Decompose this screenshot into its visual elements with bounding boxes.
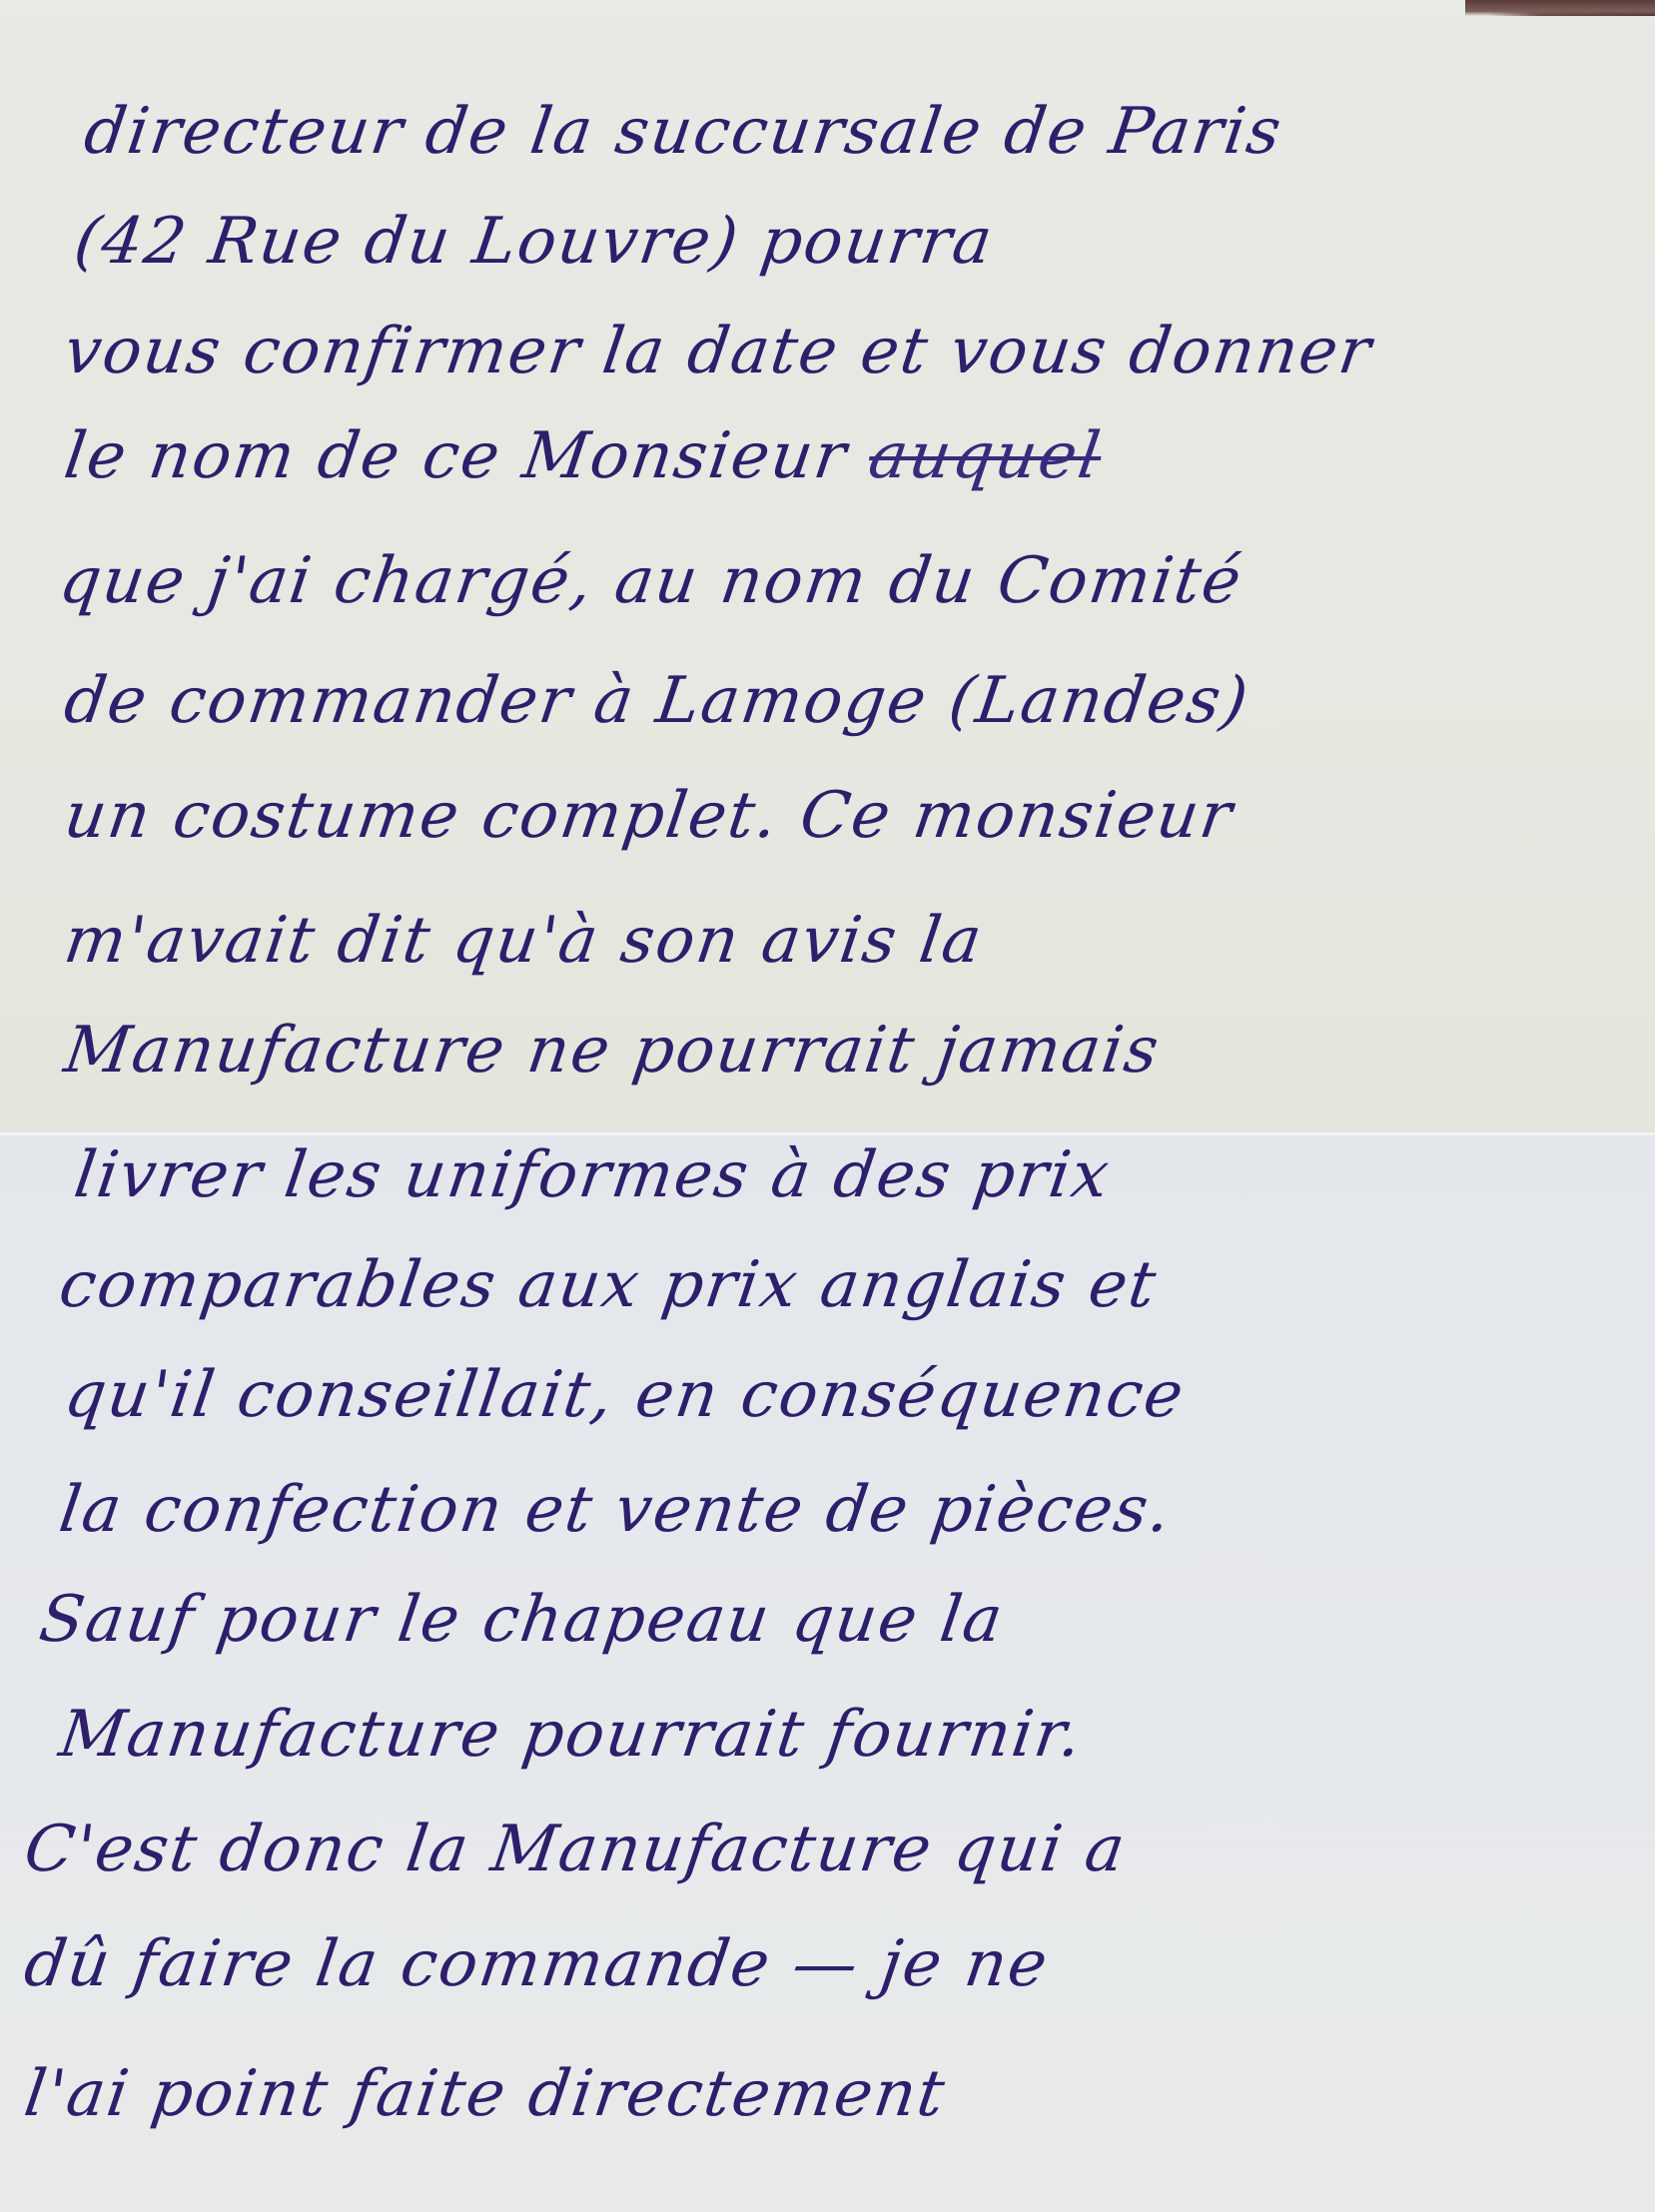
letter-line-14: Sauf pour le chapeau que la — [35, 1583, 1605, 1657]
letter-line-16: C'est donc la Manufacture qui a — [20, 1813, 1605, 1886]
letter-line-12: qu'il conseillait, en conséquence — [60, 1358, 1605, 1432]
letter-line-5: que j'ai chargé, au nom du Comité — [55, 544, 1605, 618]
letter-line-15: Manufacture pourrait fournir. — [55, 1698, 1605, 1772]
letter-line-17: dû faire la commande — je ne — [20, 1927, 1605, 2001]
letter-line-1: directeur de la succursale de Paris — [80, 95, 1605, 169]
letter-line-9: Manufacture ne pourrait jamais — [60, 1014, 1605, 1088]
struck-out-word: auquel — [864, 419, 1106, 493]
letter-line-7: un costume complet. Ce monsieur — [60, 779, 1605, 853]
letter-line-10: livrer les uniformes à des prix — [70, 1138, 1605, 1212]
letter-line-13: la confection et vente de pièces. — [55, 1473, 1605, 1547]
letter-line-3: vous confirmer la date et vous donner — [60, 315, 1605, 388]
letter-line-4-text: le nom de ce Monsieur — [60, 419, 852, 493]
letter-line-8: m'avait dit qu'à son avis la — [60, 904, 1605, 978]
letter-line-11: comparables aux prix anglais et — [55, 1248, 1605, 1322]
letter-line-18: l'ai point faite directement — [20, 2057, 1605, 2131]
letter-line-2: (42 Rue du Louvre) pourra — [70, 205, 1605, 279]
letter-line-4: le nom de ce Monsieur auquel — [60, 419, 1605, 493]
handwritten-letter: directeur de la succursale de Paris (42 … — [0, 0, 1655, 2212]
letter-line-6: de commander à Lamoge (Landes) — [60, 664, 1605, 738]
